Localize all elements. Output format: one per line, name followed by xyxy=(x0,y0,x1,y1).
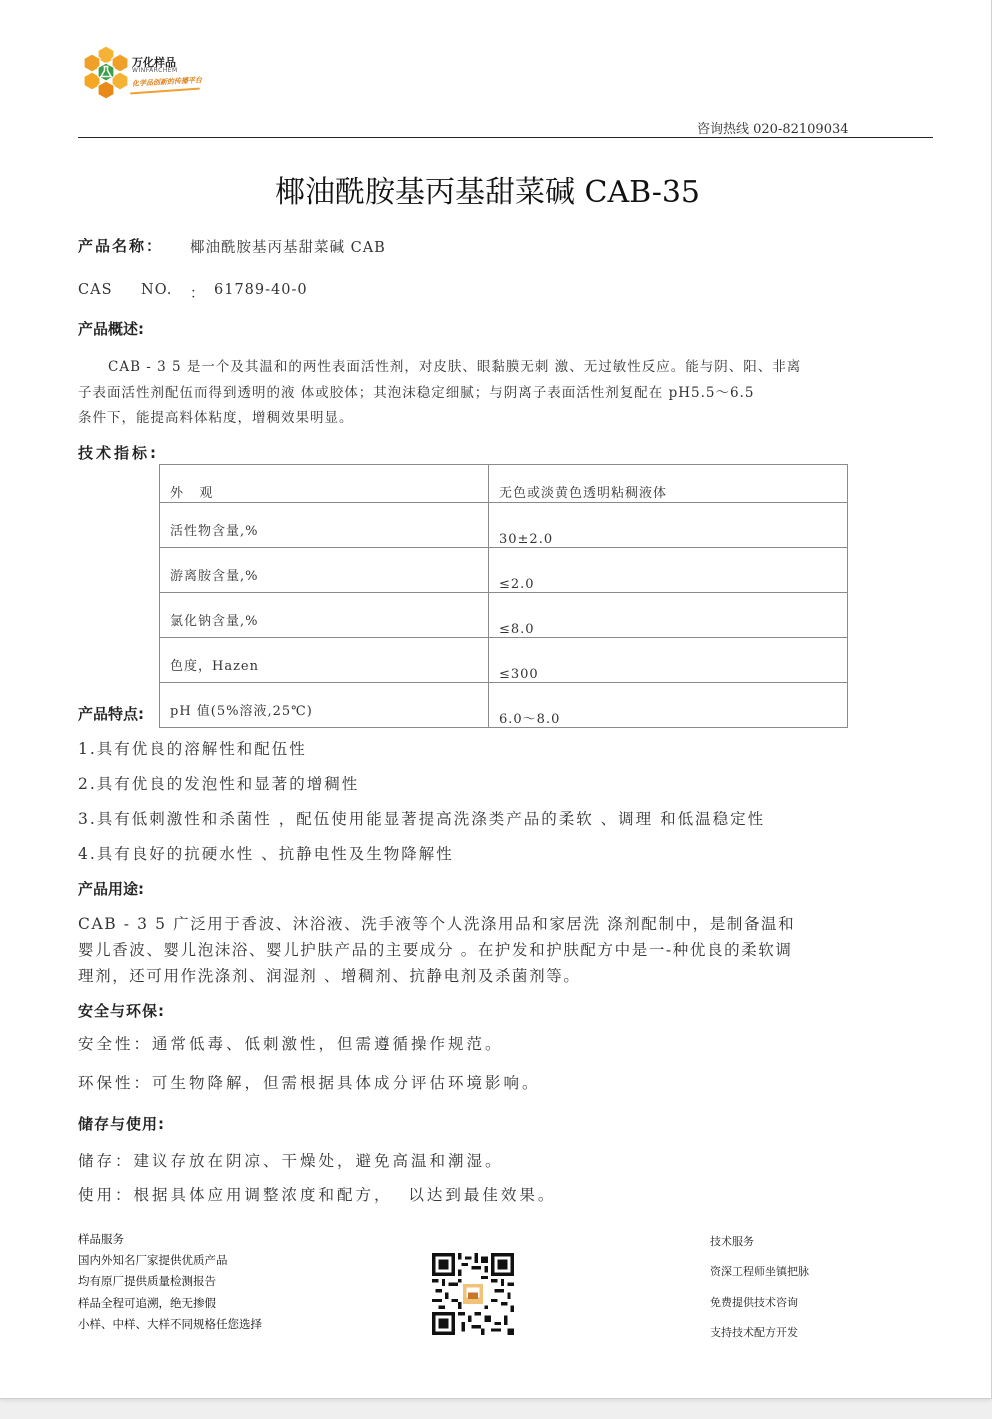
storage-heading: 储存与使用: xyxy=(78,1113,165,1134)
specs-heading: 技术指标: xyxy=(78,442,159,463)
usage-line: 理剂，还可用作洗涤剂、润湿剂 、增稠剂、抗静电剂及杀菌剂等。 xyxy=(78,964,580,986)
table-row: 活性物含量,% 30±2.0 xyxy=(160,503,848,548)
table-row: 色度，Hazen ≤300 xyxy=(160,638,848,683)
document-page: 万化样品 WINFARCHEM 化学品创新的传播平台 咨询热线 020-8210… xyxy=(0,0,992,1399)
spec-value: 30±2.0 xyxy=(489,503,848,548)
spec-name: pH 值(5%溶液,25℃) xyxy=(160,683,489,728)
table-row: 氯化钠含量,% ≤8.0 xyxy=(160,593,848,638)
footer-sample-item: 样品全程可追溯，绝无掺假 xyxy=(78,1295,216,1311)
usage-line: CAB - 3 5 广泛用于香波、沐浴液、洗手液等个人洗涤用品和家居洗 涤剂配制… xyxy=(78,912,795,934)
footer-tech-heading: 技术服务 xyxy=(710,1233,754,1249)
overview-line: 子表面活性剂配伍而得到透明的液 体或胶体；其泡沫稳定细腻；与阴离子表面活性剂复配… xyxy=(78,381,754,401)
product-name-label: 产品名称： xyxy=(78,235,163,256)
hotline: 咨询热线 020-82109034 xyxy=(697,118,849,137)
spec-name: 色度，Hazen xyxy=(160,638,489,683)
overview-line: CAB - 3 5 是一个及其温和的两性表面活性剂，对皮肤、眼黏膜无刺 激、无过… xyxy=(108,355,801,375)
honeycomb-logo-icon xyxy=(80,44,132,102)
safety-heading: 安全与环保: xyxy=(78,1000,165,1021)
qr-code-icon xyxy=(432,1253,514,1335)
cas-label: CAS xyxy=(78,282,113,298)
usage-line: 婴儿香波、婴儿泡沫浴、婴儿护肤产品的主要成分 。在护发和护肤配方中是一-种优良的… xyxy=(78,938,792,960)
page-title: 椰油酰胺基丙基甜菜碱 CAB-35 xyxy=(0,167,975,211)
feature-item: 2.具有优良的发泡性和显著的增稠性 xyxy=(78,772,359,794)
spec-value: ≤8.0 xyxy=(489,593,848,638)
cas-number: 61789-40-0 xyxy=(214,282,308,298)
feature-item: 1.具有优良的溶解性和配伍性 xyxy=(78,737,307,759)
features-heading: 产品特点: xyxy=(78,703,144,724)
footer-sample-item: 均有原厂提供质量检测报告 xyxy=(78,1273,216,1289)
spec-name: 游离胺含量,% xyxy=(160,548,489,593)
brand-slogan: 化学品创新的传播平台 xyxy=(132,75,202,89)
overview-line: 条件下，能提高料体粘度，增稠效果明显。 xyxy=(78,406,354,426)
safety-line: 安全性：通常低毒、低刺激性，但需遵循操作规范。 xyxy=(78,1032,504,1054)
feature-item: 4.具有良好的抗硬水性 、抗静电性及生物降解性 xyxy=(78,842,454,864)
storage-line: 储存：建议存放在阴凉、干燥处，避免高温和潮湿。 xyxy=(78,1149,504,1171)
footer-tech-item: 免费提供技术咨询 xyxy=(710,1294,798,1310)
safety-line: 环保性：可生物降解，但需根据具体成分评估环境影响。 xyxy=(78,1071,541,1093)
storage-line: 使用：根据具体应用调整浓度和配方， 以达到最佳效果。 xyxy=(78,1183,556,1205)
table-row: 游离胺含量,% ≤2.0 xyxy=(160,548,848,593)
spec-value: 无色或淡黄色透明粘稠液体 xyxy=(489,465,848,503)
cas-no-label: NO. xyxy=(141,282,172,298)
brand-logo: 万化样品 WINFARCHEM 化学品创新的传播平台 xyxy=(80,44,270,104)
spec-value: ≤2.0 xyxy=(489,548,848,593)
product-name-value: 椰油酰胺基丙基甜菜碱 CAB xyxy=(190,236,386,257)
spec-value: ≤300 xyxy=(489,638,848,683)
feature-item: 3.具有低刺激性和杀菌性 ，配伍使用能显著提高洗涤类产品的柔软 、调理 和低温稳… xyxy=(78,807,765,829)
spec-name: 外 观 xyxy=(160,465,489,503)
spec-name: 活性物含量,% xyxy=(160,503,489,548)
overview-heading: 产品概述: xyxy=(78,318,144,339)
table-row: pH 值(5%溶液,25℃) 6.0～8.0 xyxy=(160,683,848,728)
footer-tech-item: 支持技术配方开发 xyxy=(710,1324,798,1340)
footer-sample-item: 小样、中样、大样不同规格任您选择 xyxy=(78,1316,262,1332)
spec-value: 6.0～8.0 xyxy=(489,683,848,728)
brand-swoosh xyxy=(130,88,200,95)
spec-name: 氯化钠含量,% xyxy=(160,593,489,638)
footer-sample-item: 国内外知名厂家提供优质产品 xyxy=(78,1252,228,1268)
footer-tech-item: 资深工程师坐镇把脉 xyxy=(710,1263,809,1279)
specs-table: 外 观 无色或淡黄色透明粘稠液体 活性物含量,% 30±2.0 游离胺含量,% … xyxy=(159,464,848,728)
brand-subtitle: WINFARCHEM xyxy=(132,67,178,74)
header-divider xyxy=(78,137,933,138)
table-row: 外 观 无色或淡黄色透明粘稠液体 xyxy=(160,465,848,503)
usage-heading: 产品用途: xyxy=(78,878,144,899)
cas-separator: ： xyxy=(190,282,206,303)
footer-sample-heading: 样品服务 xyxy=(78,1231,124,1247)
